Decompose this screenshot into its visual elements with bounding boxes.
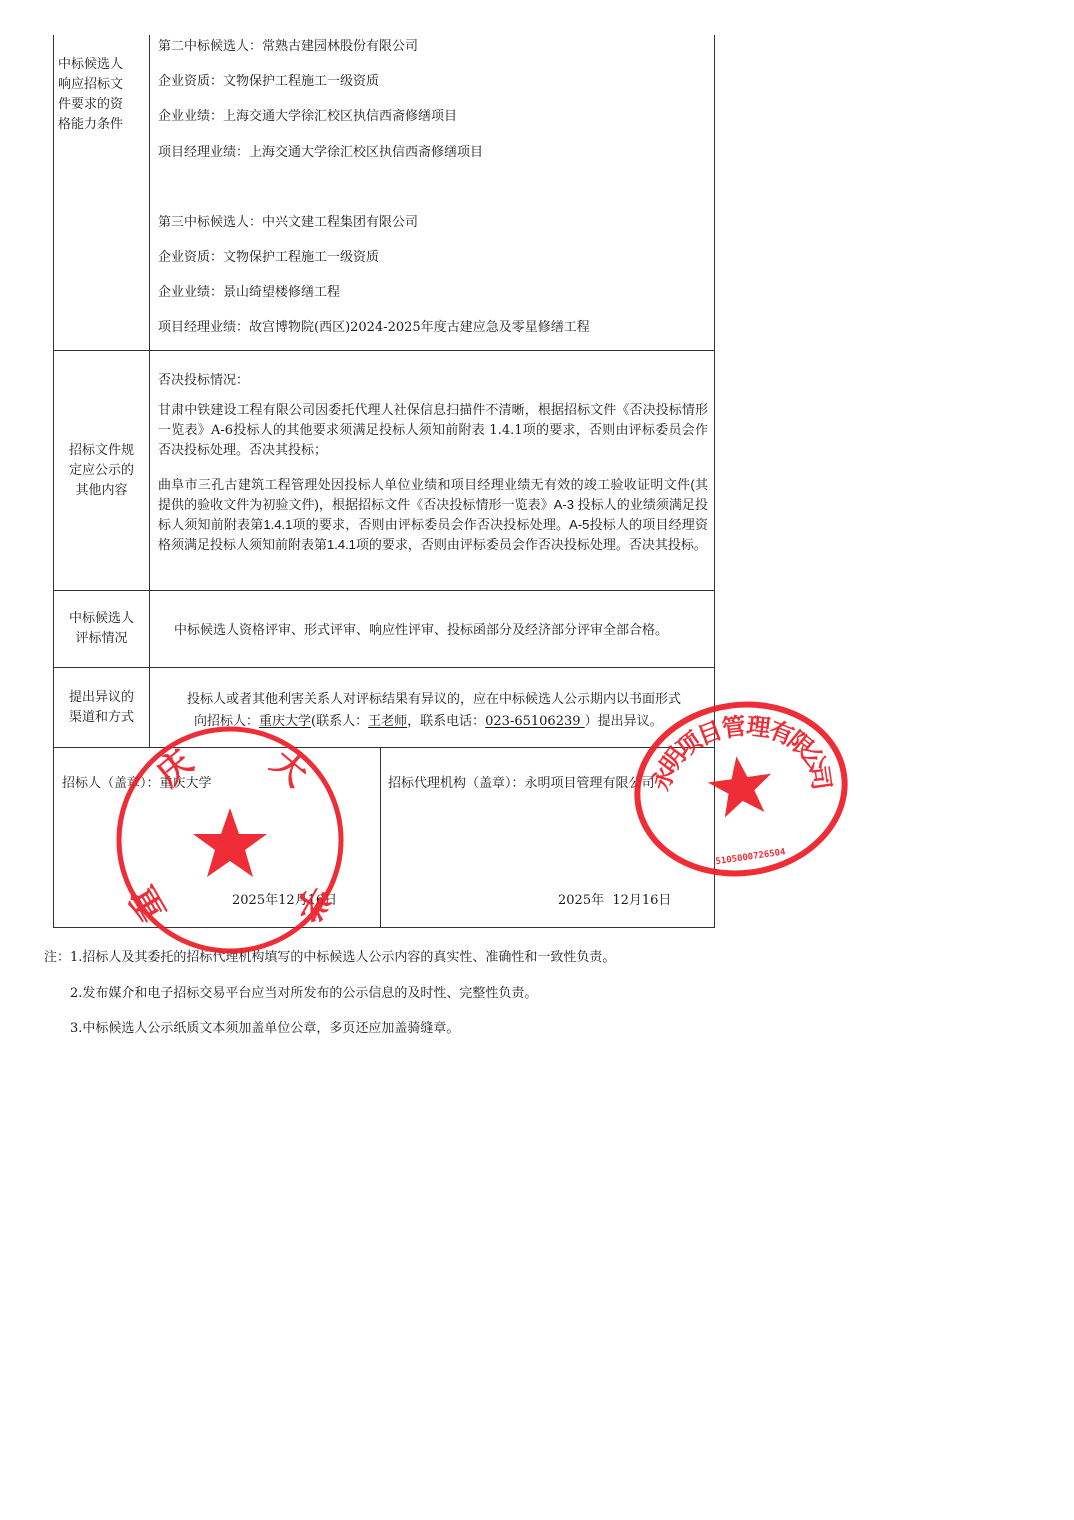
rejection-heading: 否决投标情况： [158, 369, 249, 388]
objection-prefix: 向招标人： [194, 714, 259, 729]
star-icon [705, 752, 777, 819]
qualification-label: 中标候选人 响应招标文 件要求的资 格能力条件 [54, 35, 150, 351]
phone-prefix: ，联系电话： [407, 714, 485, 729]
objection-line-2: 向招标人：重庆大学(联系人：王老师，联系电话：023-65106239 ）提出异… [194, 710, 663, 729]
third-candidate-qualification: 企业资质：文物保护工程施工一级资质 [158, 246, 379, 265]
agency-seal-label: 招标代理机构（盖章）：永明项目管理有限公司 [388, 772, 655, 791]
label-line: 其他内容 [75, 481, 127, 501]
evaluation-content: 中标候选人资格评审、形式评审、响应性评审、投标函部分及经济部分评审全部合格。 [150, 591, 714, 667]
qualification-content: 第二中标候选人：常熟古建园林股份有限公司 企业资质：文物保护工程施工一级资质 企… [150, 35, 714, 351]
objection-row: 提出异议的 渠道和方式 投标人或者其他利害关系人对评标结果有异议的，应在中标候选… [53, 667, 715, 747]
second-candidate-qualification: 企业资质：文物保护工程施工一级资质 [158, 70, 379, 89]
qualification-row: 中标候选人 响应招标文 件要求的资 格能力条件 第二中标候选人：常熟古建园林股份… [53, 35, 715, 351]
note-3: 3.中标候选人公示纸质文本须加盖单位公章，多页还应加盖骑缝章。 [70, 1017, 459, 1036]
label-line: 件要求的资 [58, 95, 123, 115]
contact-prefix: (联系人： [311, 714, 368, 729]
tenderer-date: 2025年12月16日 [232, 889, 337, 908]
label-line: 提出异议的 [69, 688, 134, 708]
rejection-paragraph-2: 曲阜市三孔古建筑工程管理处因投标人单位业绩和项目经理业绩无有效的竣工验收证明文件… [158, 475, 708, 555]
svg-text:限: 限 [782, 726, 818, 763]
objection-content: 投标人或者其他利害关系人对评标结果有异议的，应在中标候选人公示期内以书面形式 向… [150, 668, 714, 747]
label-line: 定应公示的 [69, 461, 134, 481]
third-candidate-name: 第三中标候选人：中兴文建工程集团有限公司 [158, 211, 418, 230]
objection-label: 提出异议的 渠道和方式 [54, 668, 150, 747]
second-candidate-pm-performance: 项目经理业绩：上海交通大学徐汇校区执信西斋修缮项目 [158, 141, 483, 160]
contact-name: 王老师 [368, 714, 407, 729]
third-candidate-pm-performance: 项目经理业绩：故宫博物院(西区)2024-2025年度古建应急及零星修缮工程 [158, 316, 590, 335]
svg-text:有: 有 [765, 716, 798, 751]
other-content: 否决投标情况： 甘肃中铁建设工程有限公司因委托代理人社保信息扫描件不清晰，根据招… [150, 351, 714, 590]
second-candidate-name: 第二中标候选人：常熟古建园林股份有限公司 [158, 35, 418, 54]
rejection-paragraph-1: 甘肃中铁建设工程有限公司因委托代理人社保信息扫描件不清晰，根据招标文件《否决投标… [158, 401, 708, 461]
label-line: 评标情况 [75, 629, 127, 649]
svg-text:司: 司 [805, 764, 836, 792]
third-candidate-enterprise-performance: 企业业绩：景山绮望楼修缮工程 [158, 281, 340, 300]
note-2: 2.发布媒介和电子招标交易平台应当对所发布的公示信息的及时性、完整性负责。 [70, 982, 537, 1001]
svg-text:公: 公 [796, 742, 832, 777]
label-line: 响应招标文 [58, 75, 123, 95]
signature-divider [380, 748, 381, 927]
svg-text:理: 理 [745, 712, 773, 743]
contact-phone: 023-65106239 [485, 714, 585, 729]
svg-text:管: 管 [720, 712, 747, 743]
label-line: 格能力条件 [58, 115, 123, 135]
label-line: 渠道和方式 [69, 708, 134, 728]
signature-row: 招标人（盖章）：重庆大学 2025年12月16日 招标代理机构（盖章）：永明项目… [53, 747, 715, 928]
objection-suffix: ）提出异议。 [585, 714, 663, 729]
evaluation-label: 中标候选人 评标情况 [54, 591, 150, 667]
agency-date: 2025年 12月16日 [558, 889, 671, 908]
second-candidate-enterprise-performance: 企业业绩：上海交通大学徐汇校区执信西斋修缮项目 [158, 105, 457, 124]
tenderer-seal-label: 招标人（盖章）：重庆大学 [62, 772, 212, 791]
label-line: 中标候选人 [69, 609, 134, 629]
other-content-label: 招标文件规 定应公示的 其他内容 [54, 351, 150, 590]
objection-line-1: 投标人或者其他利害关系人对评标结果有异议的，应在中标候选人公示期内以书面形式 [187, 688, 681, 707]
evaluation-row: 中标候选人 评标情况 中标候选人资格评审、形式评审、响应性评审、投标函部分及经济… [53, 590, 715, 667]
other-content-row: 招标文件规 定应公示的 其他内容 否决投标情况： 甘肃中铁建设工程有限公司因委托… [53, 350, 715, 590]
evaluation-text: 中标候选人资格评审、形式评审、响应性评审、投标函部分及经济部分评审全部合格。 [174, 619, 668, 638]
label-line: 中标候选人 [58, 55, 123, 75]
note-1: 注：1.招标人及其委托的招标代理机构填写的中标候选人公示内容的真实性、准确性和一… [44, 946, 615, 965]
svg-text:5105000726504: 5105000726504 [715, 847, 787, 867]
label-line: 招标文件规 [69, 441, 134, 461]
tenderer-name: 重庆大学 [259, 714, 311, 729]
